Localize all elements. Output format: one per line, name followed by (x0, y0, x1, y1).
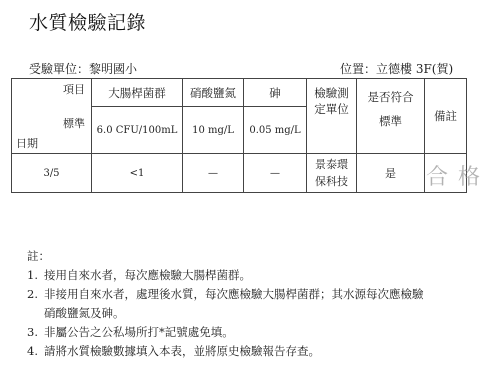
compliant-value: 是 (357, 154, 425, 193)
standard-label: 標準 (63, 115, 85, 131)
table-row: 3/5 <1 — — 景泰環 保科技 是 (12, 154, 467, 193)
inspected-unit-label: 受驗單位：黎明國小 (29, 60, 137, 77)
date-cell: 3/5 (12, 154, 92, 193)
nitrate-header: 硝酸鹽氮 (183, 79, 244, 107)
lab-name-cell: 景泰環 保科技 (307, 154, 357, 193)
note-item: 4.請將水質檢驗數據填入本表，並將原史檢驗報告存查。 (27, 342, 424, 361)
note-item: 1.接用自來水者，每次應檢驗大腸桿菌群。 (27, 266, 424, 285)
arsenic-standard: 0.05 mg/L (244, 107, 307, 154)
note-item: 3.非屬公告之公私場所打*記號處免填。 (27, 323, 424, 342)
compliance-header: 是否符合 標準 (357, 79, 425, 154)
lab-unit-header: 檢驗測 定單位 (307, 79, 357, 154)
note-item-continuation: 硝酸鹽氮及砷。 (27, 304, 424, 323)
note-item: 2.非接用自來水者，處理後水質，每次應檢驗大腸桿菌群；其水源每次應檢驗 (27, 285, 424, 304)
water-quality-table: 項目 標準 日期 大腸桿菌群 硝酸鹽氮 砷 檢驗測 定單位 是否符合 標準 備註… (11, 78, 467, 193)
nitrate-standard: 10 mg/L (183, 107, 244, 154)
item-label: 項目 (63, 81, 85, 97)
date-label: 日期 (16, 135, 38, 151)
corner-header-cell: 項目 標準 日期 (12, 79, 92, 154)
nitrate-value: — (183, 154, 244, 193)
coliform-value: <1 (92, 154, 183, 193)
notes-heading: 註： (27, 247, 424, 266)
arsenic-header: 砷 (244, 79, 307, 107)
notes-section: 註： 1.接用自來水者，每次應檢驗大腸桿菌群。 2.非接用自來水者，處理後水質，… (27, 247, 424, 361)
remarks-header: 備註 (425, 79, 467, 154)
coliform-standard: 6.0 CFU/100mL (92, 107, 183, 154)
page-title: 水質檢驗記錄 (29, 8, 146, 35)
pass-stamp: 合格 (426, 160, 490, 191)
coliform-header: 大腸桿菌群 (92, 79, 183, 107)
arsenic-value: — (244, 154, 307, 193)
location-label: 位置：立德樓 3F(賀) (340, 60, 453, 77)
